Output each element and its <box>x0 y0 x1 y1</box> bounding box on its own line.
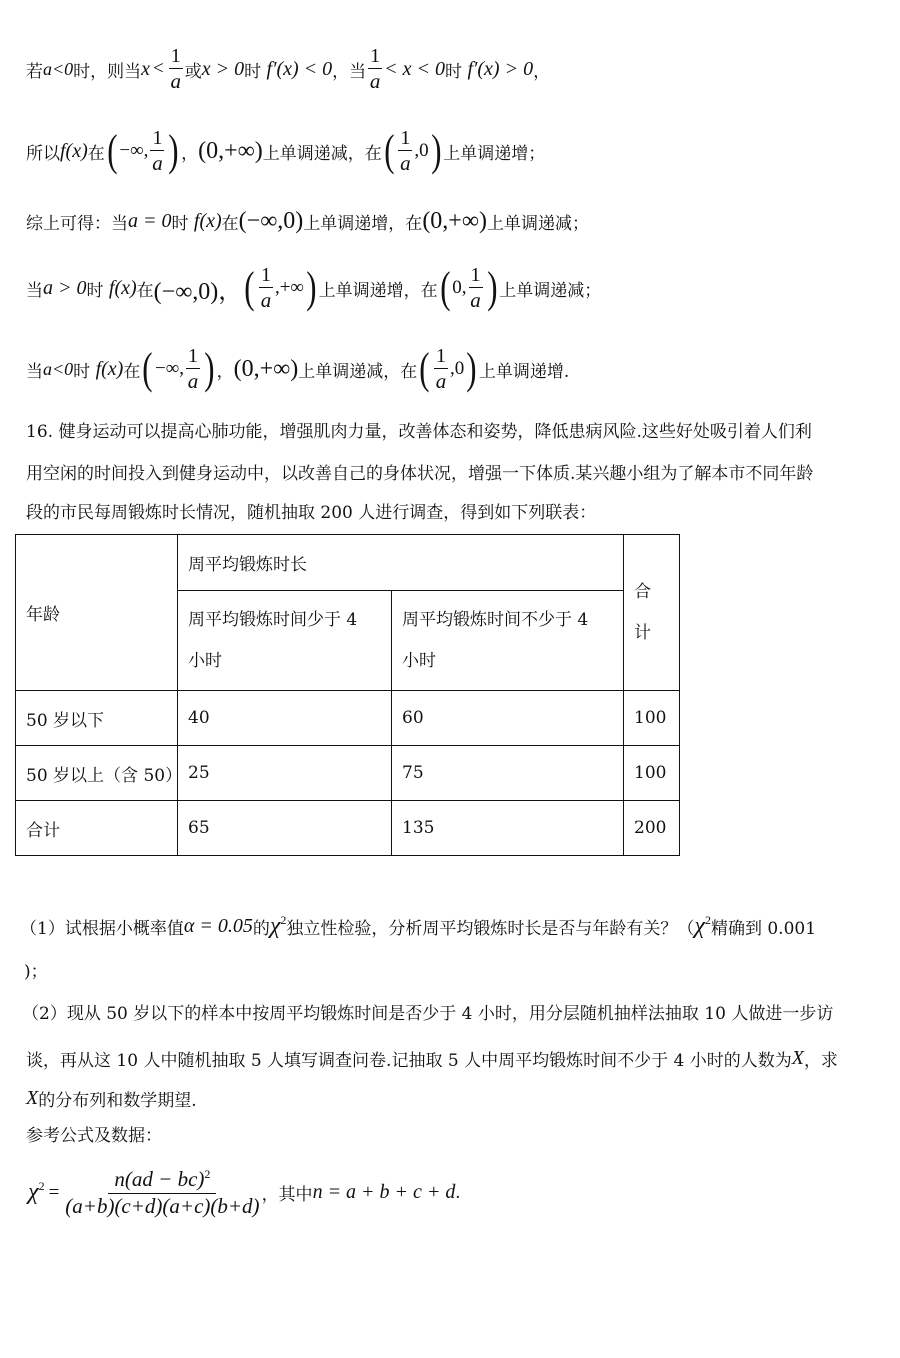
text: 若 <box>26 57 43 82</box>
paren-left: ( <box>143 347 153 391</box>
text: 上单调递减； <box>487 209 589 234</box>
fraction-1-over-a: 1 a <box>398 128 412 174</box>
math-expr: −∞, <box>119 140 148 162</box>
math-fx: f(x) <box>60 140 88 163</box>
header-less-than-4h: 周平均锻炼时间少于 4 小时 <box>178 591 392 691</box>
chi-squared-symbol: χ2 <box>694 913 711 940</box>
cell: 135 <box>392 801 624 856</box>
problem-16-intro-3: 段的市民每周锻炼时长情况，随机抽取 200 人进行调查，得到如下列联表： <box>26 505 872 522</box>
math-interval: (−∞,0) <box>239 208 304 235</box>
row-label: 合计 <box>16 801 178 856</box>
fraction-1-over-a: 1 a <box>434 346 448 392</box>
problem-16-intro-1: 16. 健身运动可以提高心肺功能，增强肌肉力量，改善体态和姿势，降低患病风险.这… <box>26 424 872 441</box>
text: ，其中 <box>262 1180 313 1205</box>
text: 综上可得：当 <box>26 209 128 234</box>
text: 时 <box>445 57 462 82</box>
question-2-line-2: 谈，再从这 10 人中随机抽取 5 人填写调查问卷.记抽取 5 人中周平均锻炼时… <box>26 1046 838 1071</box>
solution-line-1: 若 a<0 时，则当 x < 1 a 或 x > 0 时 f′(x) < 0 ，… <box>26 46 550 92</box>
fraction-1-over-a: 1 a <box>259 265 273 311</box>
solution-line-4: 当 a > 0 时 f(x) 在 (−∞,0)， ( 1 a ,+∞ ) 上单调… <box>26 265 601 311</box>
header-weekly-duration: 周平均锻炼时长 <box>178 535 624 591</box>
fraction-1-over-a: 1 a <box>186 346 200 392</box>
header-line1: 周平均锻炼时间少于 4 <box>188 610 357 630</box>
text: ，当 <box>332 57 366 82</box>
math-var-X: X <box>792 1047 804 1070</box>
paren-right: ) <box>204 347 214 391</box>
cell: 25 <box>178 746 392 801</box>
cell-total: 200 <box>624 801 680 856</box>
solution-line-3: 综上可得：当 a = 0 时 f(x) 在 (−∞,0) 上单调递增，在 (0,… <box>26 208 589 235</box>
math-op: = <box>49 1182 60 1204</box>
text: 时 <box>87 276 104 301</box>
question-2-line-1: （2）现从 50 岁以下的样本中按周平均锻炼时间是否少于 4 小时，用分层随机抽… <box>22 1006 872 1023</box>
table-row: 50 岁以下 40 60 100 <box>16 691 680 746</box>
numerator: 1 <box>434 346 448 369</box>
table-row: 50 岁以上（含 50） 25 75 100 <box>16 746 680 801</box>
paren-left: ( <box>419 347 429 391</box>
paren-left: ( <box>440 266 450 310</box>
math-condition: a<0 <box>43 359 73 380</box>
chi-squared-symbol: χ2 <box>28 1179 45 1206</box>
math-n-definition: n = a + b + c + d <box>313 1181 456 1204</box>
math-interval: (0,+∞) <box>422 208 487 235</box>
math-expr: −∞, <box>155 358 184 380</box>
header-line1: 周平均锻炼时间不少于 4 <box>402 610 588 630</box>
denominator: a <box>152 151 163 174</box>
text: 上单调递增，在 <box>319 276 438 301</box>
text: （1）试根据小概率值 <box>20 914 184 939</box>
fraction-1-over-a: 1 a <box>368 46 382 92</box>
denominator: a <box>400 151 411 174</box>
text: 在 <box>88 139 105 164</box>
math-condition: a > 0 <box>43 277 87 300</box>
text: 时 <box>172 209 189 234</box>
fraction-1-over-a: 1 a <box>469 265 483 311</box>
text: 上单调递增，在 <box>303 209 422 234</box>
text: 当 <box>26 357 43 382</box>
text: 上单调递减，在 <box>298 357 417 382</box>
header-line2: 小时 <box>402 651 436 671</box>
paren-right: ) <box>431 129 441 173</box>
text: 的分布列和数学期望. <box>38 1086 196 1111</box>
numerator: 1 <box>469 265 483 288</box>
fraction-1-over-a: 1 a <box>169 46 183 92</box>
reference-label: 参考公式及数据： <box>26 1128 872 1145</box>
numerator: 1 <box>398 128 412 151</box>
question-1: （1）试根据小概率值 α = 0.05 的 χ2 独立性检验，分析周平均锻炼时长… <box>20 913 816 940</box>
header-total-line1: 合 <box>634 582 651 602</box>
text: 上单调递增. <box>479 357 569 382</box>
denominator: a <box>188 369 199 392</box>
formula-fraction: n(ad − bc)2 (a+b)(c+d)(a+c)(b+d) <box>65 1168 259 1217</box>
math-expr: ,0 <box>450 358 464 380</box>
math-interval: (0,+∞) <box>198 138 263 165</box>
denominator: a <box>261 288 272 311</box>
denominator: a <box>370 69 381 92</box>
math-fx: f(x) <box>194 210 222 233</box>
row-label: 50 岁以上（含 50） <box>16 746 178 801</box>
denominator: a <box>470 288 481 311</box>
cell: 40 <box>178 691 392 746</box>
text: 时 <box>244 57 261 82</box>
question-1-end: )； <box>24 964 872 981</box>
paren-left: ( <box>245 266 255 310</box>
text: 时 <box>73 357 90 382</box>
math-var-X: X <box>26 1087 38 1110</box>
cell: 60 <box>392 691 624 746</box>
numerator: 1 <box>186 346 200 369</box>
denominator: a <box>436 369 447 392</box>
contingency-table: 年龄 周平均锻炼时长 合 计 周平均锻炼时间少于 4 小时 周平均锻炼时间不少于… <box>15 534 680 856</box>
math-interval: (−∞,0)， <box>154 271 243 306</box>
text: 当 <box>26 276 43 301</box>
fraction-1-over-a: 1 a <box>150 128 164 174</box>
text: 所以 <box>26 139 60 164</box>
header-total-line2: 计 <box>634 623 651 643</box>
math-expr: f′(x) > 0 <box>467 58 533 81</box>
paren-right: ) <box>169 129 179 173</box>
row-label: 50 岁以下 <box>16 691 178 746</box>
text: 上单调递增； <box>443 139 545 164</box>
text: 独立性检验，分析周平均锻炼时长是否与年龄有关？（ <box>286 914 694 939</box>
solution-line-2: 所以 f(x) 在 ( −∞, 1 a ) ， (0,+∞) 上单调递减，在 (… <box>26 128 545 174</box>
paren-right: ) <box>466 347 476 391</box>
chi-squared-symbol: χ2 <box>270 913 287 940</box>
text: 谈，再从这 10 人中随机抽取 5 人填写调查问卷.记抽取 5 人中周平均锻炼时… <box>26 1046 792 1071</box>
math-condition: a<0 <box>43 59 73 80</box>
numerator: 1 <box>259 265 273 288</box>
text: 在 <box>137 276 154 301</box>
math-expr: < x < 0 <box>384 58 445 81</box>
chi-squared-formula: χ2 = n(ad − bc)2 (a+b)(c+d)(a+c)(b+d) ，其… <box>28 1168 460 1217</box>
numerator: n(ad − bc)2 <box>108 1168 216 1194</box>
text: 的 <box>253 914 270 939</box>
text: ，求 <box>804 1046 838 1071</box>
math-expr: ,+∞ <box>275 277 304 299</box>
text: ， <box>533 57 550 82</box>
text: 在 <box>123 357 140 382</box>
math-expr: 0, <box>452 277 466 299</box>
numerator: 1 <box>368 46 382 69</box>
paren-right: ) <box>487 266 497 310</box>
cell: 75 <box>392 746 624 801</box>
text: 精确到 0.001 <box>711 914 816 939</box>
text: 时，则当 <box>73 57 141 82</box>
table-row: 合计 65 135 200 <box>16 801 680 856</box>
header-total: 合 计 <box>624 535 680 691</box>
math-expr: ,0 <box>414 140 428 162</box>
denominator: (a+b)(c+d)(a+c)(b+d) <box>65 1194 259 1217</box>
math-condition: a = 0 <box>128 210 172 233</box>
math-fx: f(x) <box>96 358 124 381</box>
header-line2: 小时 <box>188 651 222 671</box>
text: . <box>455 1182 460 1204</box>
math-fx: f(x) <box>109 277 137 300</box>
text: 在 <box>222 209 239 234</box>
math-op: < <box>153 58 164 80</box>
header-age: 年龄 <box>16 535 178 691</box>
numerator: 1 <box>169 46 183 69</box>
math-var: x <box>141 58 150 81</box>
paren-left: ( <box>384 129 394 173</box>
math-interval: (0,+∞) <box>234 356 299 383</box>
problem-16-intro-2: 用空闲的时间投入到健身运动中，以改善自己的身体状况，增强一下体质.某兴趣小组为了… <box>26 466 872 483</box>
paren-right: ) <box>306 266 316 310</box>
text: 上单调递减； <box>499 276 601 301</box>
math-expr: x > 0 <box>202 58 244 81</box>
cell: 65 <box>178 801 392 856</box>
denominator: a <box>171 69 182 92</box>
numerator: 1 <box>150 128 164 151</box>
solution-line-5: 当 a<0 时 f(x) 在 ( −∞, 1 a ) ， (0,+∞) 上单调递… <box>26 346 569 392</box>
math-alpha: α = 0.05 <box>184 915 253 938</box>
cell-total: 100 <box>624 746 680 801</box>
math-expr: f′(x) < 0 <box>267 58 333 81</box>
cell-total: 100 <box>624 691 680 746</box>
text: 或 <box>185 57 202 82</box>
text: 上单调递减，在 <box>263 139 382 164</box>
header-not-less-than-4h: 周平均锻炼时间不少于 4 小时 <box>392 591 624 691</box>
paren-left: ( <box>107 129 117 173</box>
question-2-line-3: X 的分布列和数学期望. <box>26 1086 197 1111</box>
